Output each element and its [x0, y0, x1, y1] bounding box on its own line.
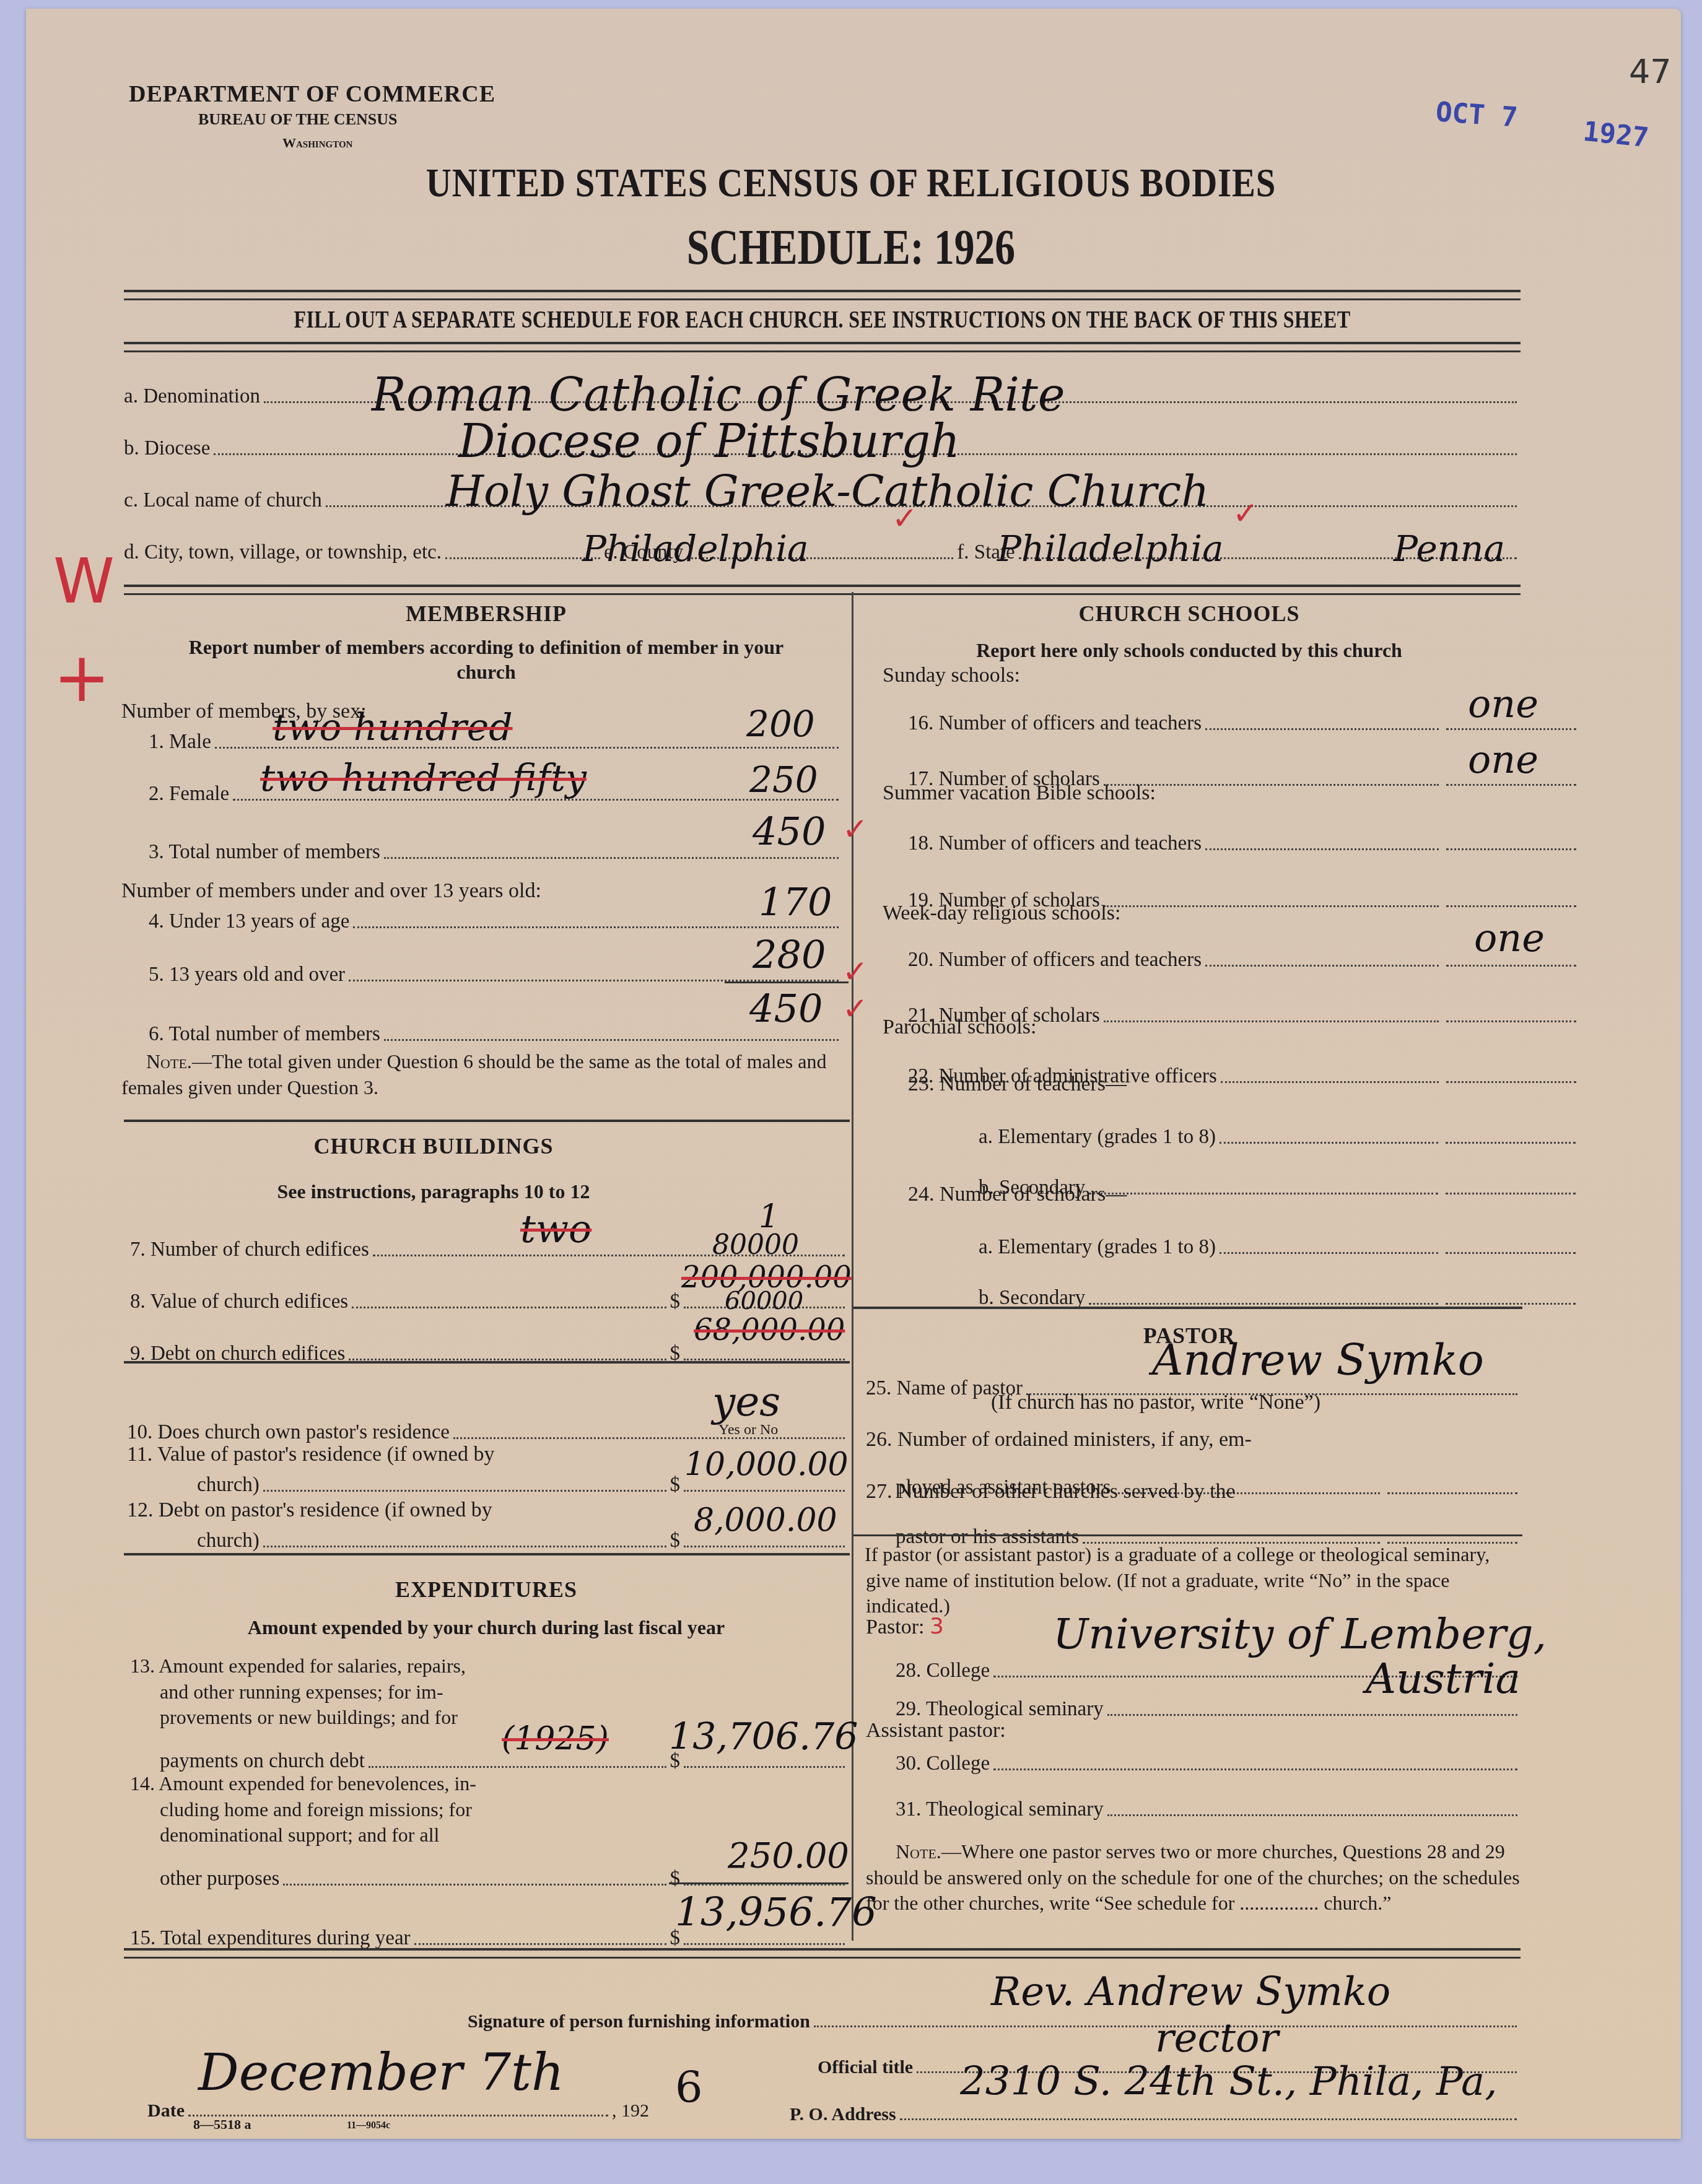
- weekday-teachers-value: one: [1474, 915, 1545, 960]
- local-name-value: Holy Ghost Greek-Catholic Church: [446, 466, 1209, 516]
- local-name-label: c. Local name of church: [124, 489, 322, 512]
- assistant-college-field[interactable]: 30. College: [896, 1752, 1521, 1775]
- header-divider-lower: [124, 342, 1521, 352]
- pastor-college-value: University of Lemberg,: [1053, 1610, 1547, 1659]
- edifices-count-words: two: [520, 1206, 591, 1251]
- pastor-subheading: Pastor: 3: [866, 1614, 944, 1639]
- diocese-value: Diocese of Pittsburgh: [458, 415, 960, 468]
- sunday-scholars-value: one: [1468, 737, 1538, 782]
- total-members-age-value: 450: [749, 986, 823, 1031]
- margin-letter-mark: W: [53, 545, 115, 617]
- county-value: Philadelphia: [997, 528, 1224, 570]
- q14-label: 14. Amount expended for benevolences, in…: [130, 1771, 675, 1848]
- membership-note: Note.—The total given under Question 6 s…: [121, 1049, 846, 1100]
- under-13-value: 170: [759, 879, 832, 925]
- weekday-schools-label: Week-day religious schools:: [883, 902, 1120, 925]
- male-words: two hundred: [273, 706, 513, 749]
- total-expenditures-label: 15. Total expenditures during year: [130, 1927, 411, 1950]
- under-13-field[interactable]: 4. Under 13 years of age: [149, 910, 842, 933]
- page-number: 47: [1629, 52, 1672, 91]
- over-13-value: 280: [753, 932, 826, 977]
- sum-line: [725, 981, 849, 983]
- church-schools-heading: CHURCH SCHOOLS: [861, 601, 1517, 627]
- bureau-city: Washington: [282, 135, 352, 151]
- sunday-teachers-value: one: [1468, 681, 1538, 726]
- po-address-value: 2310 S. 24th St., Phila, Pa,: [960, 2059, 1498, 2105]
- female-value: 250: [749, 759, 818, 801]
- date-value: December 7th: [198, 2043, 564, 2102]
- red-check-mark: ✓: [842, 811, 868, 847]
- residence-debt-label: 12. Debt on pastor's residence (if owned…: [127, 1499, 492, 1522]
- elementary-teachers-field[interactable]: a. Elementary (grades 1 to 8): [979, 1126, 1579, 1149]
- location-field[interactable]: d. City, town, village, or township, etc…: [124, 541, 1521, 564]
- parochial-schools-label: Parochial schools:: [883, 1016, 1036, 1039]
- owns-residence-value: yes: [712, 1378, 780, 1425]
- denomination-label: a. Denomination: [124, 385, 260, 408]
- yes-or-no-hint: Yes or No: [718, 1422, 778, 1438]
- residence-debt-value: 8,000.00: [694, 1502, 837, 1539]
- section-divider: [124, 1553, 850, 1555]
- over-13-label: 5. 13 years old and over: [149, 964, 345, 986]
- pastor-seminary-value: Austria: [1366, 1655, 1521, 1703]
- membership-subtitle: Report number of members according to de…: [161, 635, 811, 684]
- church-schools-subtitle: Report here only schools conducted by th…: [861, 638, 1517, 663]
- assistant-seminary-field[interactable]: 31. Theological seminary: [896, 1798, 1521, 1821]
- received-stamp-date: OCT 7: [1434, 96, 1519, 133]
- sum-line: [669, 1882, 849, 1884]
- male-label: 1. Male: [149, 731, 211, 754]
- edifices-value-correction: 80000: [712, 1229, 799, 1261]
- female-words: two hundred fifty: [260, 757, 587, 800]
- edifices-value-label: 8. Value of church edifices: [130, 1290, 348, 1313]
- female-label: 2. Female: [149, 783, 229, 806]
- church-buildings-subtitle: See instructions, paragraphs 10 to 12: [124, 1179, 743, 1204]
- residence-debt-label-cont: church): [197, 1529, 260, 1552]
- pastor-note: Note.—Where one pastor serves two or mor…: [866, 1839, 1522, 1916]
- received-stamp-year: 1927: [1582, 116, 1651, 154]
- red-check-mark: ✓: [1233, 495, 1259, 531]
- total-members-value: 450: [753, 809, 826, 854]
- city-value: Philadelphia: [582, 528, 809, 570]
- other-churches-label: 27. Number of other churches served by t…: [866, 1480, 1236, 1503]
- male-value: 200: [746, 703, 815, 745]
- assistant-ministers-label: 26. Number of ordained ministers, if any…: [866, 1428, 1252, 1451]
- form-title: UNITED STATES CENSUS OF RELIGIOUS BODIES: [119, 160, 1582, 207]
- total-expenditures-value: 13,956.76: [675, 1890, 877, 1936]
- city-label: d. City, town, village, or township, etc…: [124, 541, 442, 564]
- elementary-scholars-field[interactable]: a. Elementary (grades 1 to 8): [979, 1236, 1579, 1259]
- under-13-label: 4. Under 13 years of age: [149, 910, 349, 933]
- denomination-value: Roman Catholic of Greek Rite: [372, 368, 1065, 422]
- owns-residence-label: 10. Does church own pastor's residence: [127, 1421, 450, 1444]
- running-expenses-value: 13,706.76: [669, 1715, 858, 1759]
- footer-divider: [124, 1948, 1521, 1959]
- assistant-pastor-subheading: Assistant pastor:: [866, 1719, 1006, 1742]
- edifices-count-label: 7. Number of church edifices: [130, 1238, 369, 1261]
- section-divider: [124, 1120, 850, 1122]
- red-number-mark: 3: [930, 1614, 944, 1639]
- signature-value: Rev. Andrew Symko: [991, 1969, 1390, 2015]
- residence-value-label-cont: church): [197, 1474, 260, 1497]
- red-check-mark: ✓: [892, 500, 918, 536]
- schedule-year-title: SCHEDULE: 1926: [153, 220, 1548, 276]
- po-address-field[interactable]: P. O. Address: [790, 2104, 1521, 2125]
- edifices-debt-value: 68,000.00: [694, 1313, 845, 1347]
- residence-value-label: 11. Value of pastor's residence (if owne…: [127, 1443, 494, 1466]
- print-code: 11—9054c: [347, 2120, 390, 2131]
- q13-label: 13. Amount expended for salaries, repair…: [130, 1653, 675, 1731]
- pastor-name-value: Andrew Symko: [1152, 1334, 1484, 1385]
- red-check-mark: ✓: [842, 954, 868, 990]
- expenditures-heading: EXPENDITURES: [124, 1577, 849, 1603]
- section-divider: [853, 1534, 1522, 1536]
- summer-teachers-field[interactable]: 18. Number of officers and teachers: [908, 832, 1580, 855]
- edifices-debt-correction: 60000: [725, 1287, 803, 1315]
- diocese-label: b. Diocese: [124, 437, 210, 460]
- residence-value: 10,000.00: [684, 1446, 849, 1483]
- official-title-value: rector: [1155, 2016, 1278, 2061]
- fiscal-year-note: (1925): [502, 1720, 609, 1757]
- department-name: DEPARTMENT OF COMMERCE: [129, 80, 495, 108]
- church-buildings-heading: CHURCH BUILDINGS: [124, 1133, 743, 1159]
- header-divider: [124, 290, 1521, 300]
- age-group-label: Number of members under and over 13 year…: [121, 879, 541, 903]
- expenditures-subtitle: Amount expended by your church during la…: [124, 1615, 849, 1640]
- total-members-age-field[interactable]: 6. Total number of members: [149, 1023, 842, 1046]
- date-year-digit: 6: [675, 2062, 703, 2113]
- sunday-schools-label: Sunday schools:: [883, 664, 1020, 687]
- red-check-mark: ✓: [842, 991, 868, 1027]
- section-divider: [124, 1361, 850, 1364]
- total-members-field[interactable]: 3. Total number of members: [149, 841, 842, 864]
- form-code: 8—5518 a: [193, 2117, 251, 2133]
- total-members-label: 3. Total number of members: [149, 841, 380, 864]
- parochial-scholars-label: 24. Number of scholars—: [908, 1183, 1127, 1206]
- summer-schools-label: Summer vacation Bible schools:: [883, 781, 1156, 805]
- fill-instructions: FILL OUT A SEPARATE SCHEDULE FOR EACH CH…: [264, 305, 1381, 334]
- parochial-teachers-label: 23. Number of teachers—: [908, 1072, 1127, 1096]
- graduate-instructions: If pastor (or assistant pastor) is a gra…: [866, 1542, 1522, 1619]
- section-divider: [853, 1307, 1522, 1309]
- total-members-age-label: 6. Total number of members: [149, 1023, 380, 1046]
- membership-heading: MEMBERSHIP: [124, 601, 849, 627]
- bureau-name: BUREAU OF THE CENSUS: [198, 110, 397, 129]
- identification-divider: [124, 585, 1521, 595]
- pastor-name-hint: (If church has no pastor, write “None”): [991, 1391, 1320, 1414]
- benevolences-value: 250.00: [728, 1836, 849, 1876]
- margin-plus-mark: +: [53, 638, 110, 717]
- state-value: Penna: [1394, 528, 1505, 570]
